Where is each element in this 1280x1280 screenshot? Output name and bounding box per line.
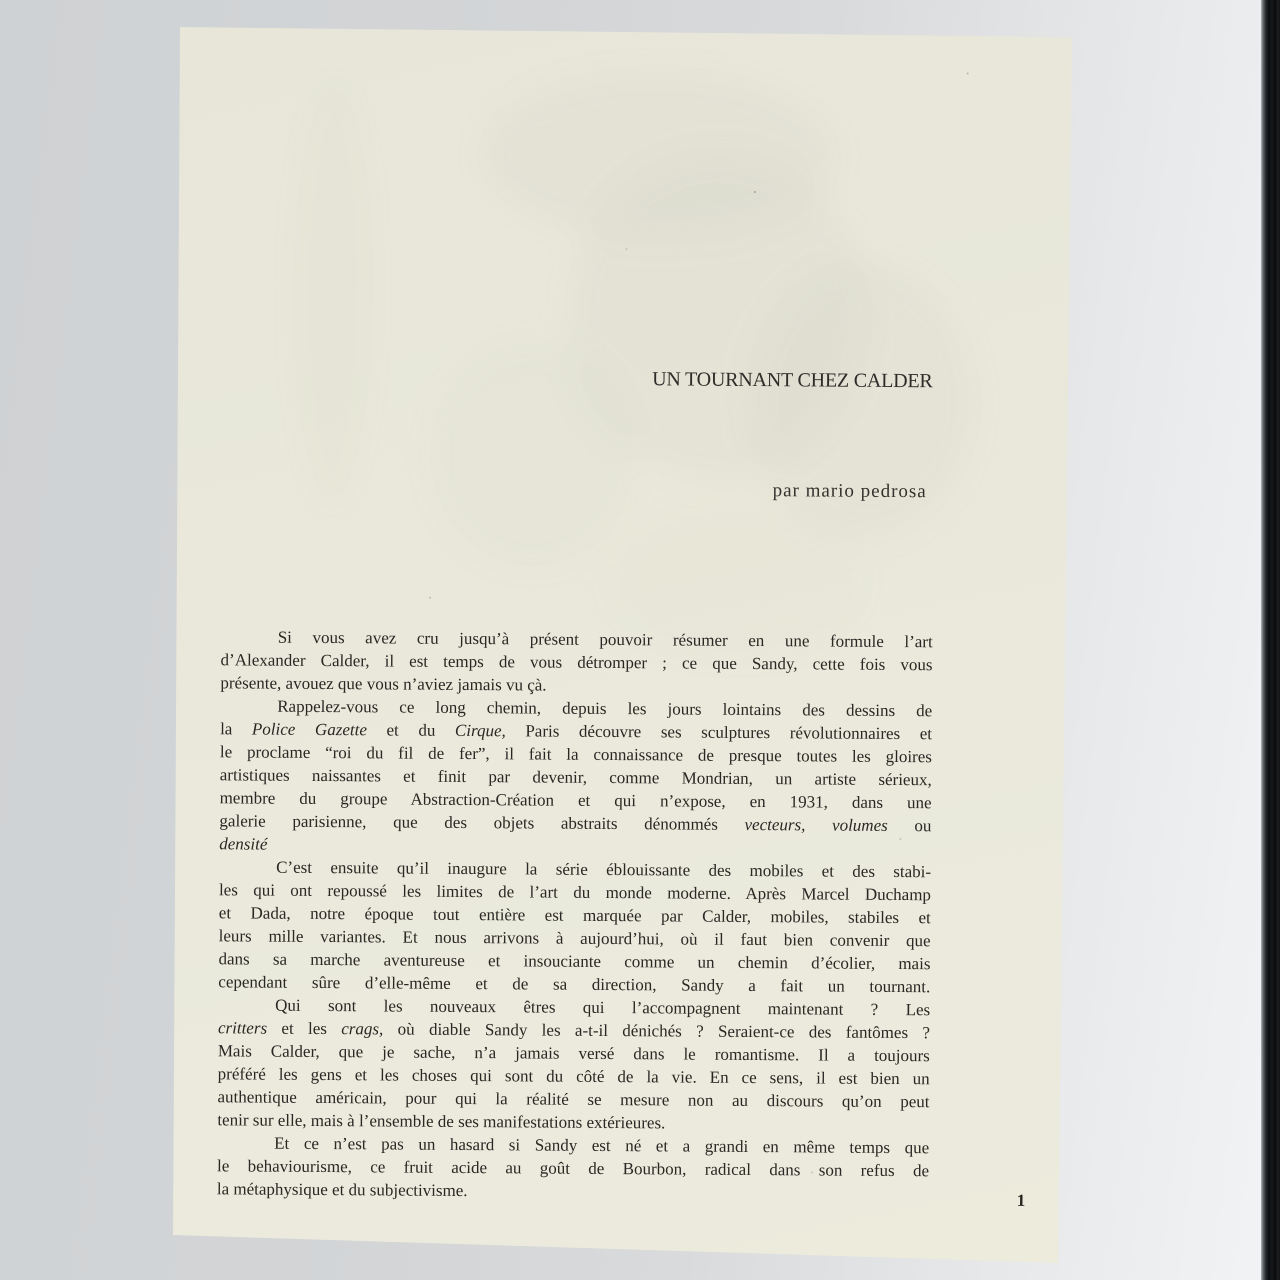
paper-specks	[754, 191, 756, 193]
body-text: Si vous avez cru jusqu’à présent pouvoir…	[217, 625, 933, 1205]
photo-background: UN TOURNANT CHEZ CALDER par mario pedros…	[0, 0, 1280, 1280]
page-title: UN TOURNANT CHEZ CALDER	[652, 368, 933, 393]
frame-edge	[1261, 0, 1280, 1280]
page-number: 1	[1017, 1191, 1026, 1211]
byline: par mario pedrosa	[773, 480, 927, 503]
paper-content: UN TOURNANT CHEZ CALDER par mario pedros…	[172, 27, 1073, 1243]
